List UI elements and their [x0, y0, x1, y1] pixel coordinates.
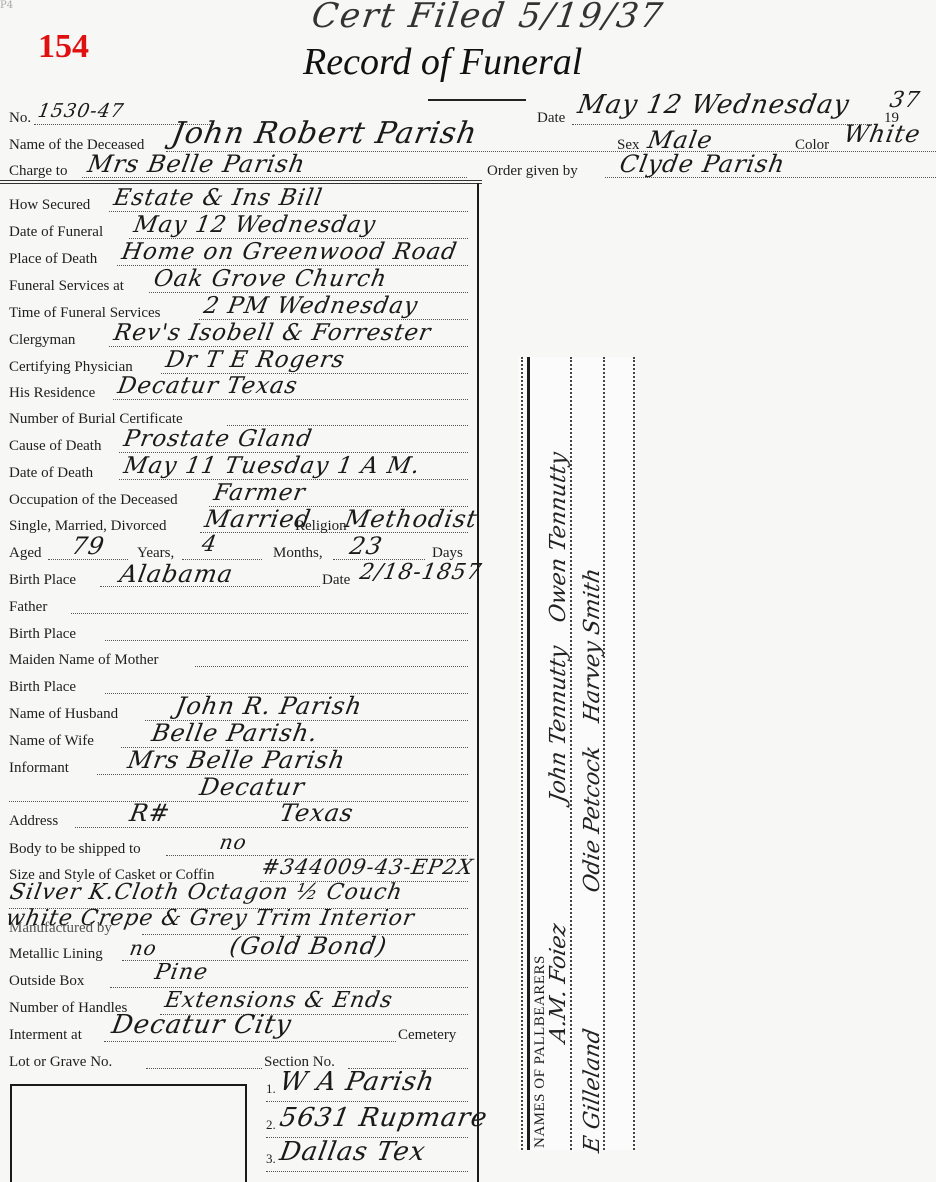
corner-mark: P4	[0, 0, 13, 11]
form-right-border	[477, 183, 479, 1182]
color-value[interactable]: White	[842, 120, 924, 148]
pallbearer-name[interactable]: A.M. Foiez	[546, 922, 571, 1045]
aged-months[interactable]: 4	[200, 532, 219, 557]
date-of-funeral-value[interactable]: May 12 Wednesday	[132, 212, 378, 238]
name-of-husband-4-value[interactable]: John R. Parish	[174, 692, 365, 720]
header-rule	[0, 180, 482, 184]
page-title: Record of Funeral	[303, 40, 582, 84]
address-8-label: Address	[9, 813, 58, 830]
date-line	[572, 124, 872, 125]
casket-desc-1[interactable]: Silver K.Cloth Octagon ½ Couch	[8, 880, 405, 905]
outside-box-value[interactable]: Pine	[153, 960, 210, 985]
birth-place-3-label: Birth Place	[9, 679, 76, 696]
date-value[interactable]: May 12 Wednesday	[575, 90, 852, 120]
color-label: Color	[795, 137, 829, 154]
order-given-label: Order given by	[487, 163, 578, 180]
lot-line	[146, 1068, 262, 1069]
name-of-wife-5-value[interactable]: Belle Parish.	[150, 719, 321, 747]
cause-of-death-value[interactable]: Prostate Gland	[122, 426, 315, 452]
charge-to-value[interactable]: Mrs Belle Parish	[86, 150, 308, 178]
funeral-services-at-value[interactable]: Oak Grove Church	[152, 266, 389, 292]
interment-line	[104, 1041, 396, 1042]
cemetery-label: Cemetery	[398, 1027, 456, 1044]
his-residence-line	[113, 399, 468, 400]
handles-label: Number of Handles	[9, 1000, 127, 1017]
date-of-funeral-label: Date of Funeral	[9, 224, 103, 241]
informant-address-7-line	[9, 801, 468, 802]
shipped-label: Body to be shipped to	[9, 841, 141, 858]
birth-place-value[interactable]: Alabama	[118, 560, 236, 588]
pallbearer-name[interactable]: E Gilleland	[580, 1027, 605, 1155]
religion-label: Religion	[295, 518, 347, 535]
birth-date-label: Date	[322, 572, 350, 589]
interment-label: Interment at	[9, 1027, 82, 1044]
empty-box	[10, 1084, 247, 1182]
address-line-num: 1.	[266, 1081, 276, 1097]
lot-label: Lot or Grave No.	[9, 1054, 112, 1071]
informant-6-value[interactable]: Mrs Belle Parish	[126, 746, 348, 774]
address-line-rule	[266, 1171, 468, 1172]
aged-years[interactable]: 79	[70, 532, 107, 560]
aged-label: Aged	[9, 545, 42, 562]
funeral-services-at-label: Funeral Services at	[9, 278, 124, 295]
address-line-value[interactable]: Dallas Tex	[277, 1137, 428, 1167]
casket-value[interactable]: #344009-43-EP2X	[260, 855, 476, 879]
clergyman-value[interactable]: Rev's Isobell & Forrester	[112, 320, 434, 346]
clergyman-label: Clergyman	[9, 332, 75, 349]
occupation-of-the-deceased-value[interactable]: Farmer	[212, 480, 308, 506]
metallic-label: Metallic Lining	[9, 946, 103, 963]
filed-note: Cert Filed 5/19/37	[309, 0, 667, 36]
address-8-value[interactable]: R#	[128, 799, 173, 827]
date-label: Date	[537, 110, 565, 127]
father-0-line	[71, 613, 468, 614]
order-given-value[interactable]: Clyde Parish	[618, 150, 788, 178]
metallic-note[interactable]: (Gold Bond)	[228, 932, 390, 960]
no-label: No.	[9, 110, 31, 127]
months-label: Months,	[273, 545, 323, 562]
certifying-physician-value[interactable]: Dr T E Rogers	[164, 347, 347, 373]
informant-6-label: Informant	[9, 760, 69, 777]
place-of-death-value[interactable]: Home on Greenwood Road	[120, 239, 460, 265]
religion-value[interactable]: Methodist	[343, 505, 480, 533]
address-line-rule	[266, 1101, 468, 1102]
outside-box-label: Outside Box	[9, 973, 84, 990]
place-of-death-label: Place of Death	[9, 251, 97, 268]
maiden-name-of-mother-2-line	[195, 666, 468, 667]
address-line-value[interactable]: 5631 Rupmare	[277, 1103, 490, 1133]
address-line-num: 2.	[266, 1117, 276, 1133]
page-number: 154	[38, 28, 89, 66]
date-of-death-label: Date of Death	[9, 465, 93, 482]
informant-address-7-value[interactable]: Decatur	[198, 773, 308, 801]
year-value[interactable]: 37	[888, 88, 922, 113]
date-of-death-value[interactable]: May 11 Tuesday 1 A M.	[122, 453, 423, 479]
pallbearer-name[interactable]: Harvey Smith	[580, 566, 605, 724]
pallbearer-name[interactable]: John Tennutty	[546, 644, 571, 804]
interment-value[interactable]: Decatur City	[109, 1010, 294, 1040]
address-8-value2[interactable]: Texas	[278, 799, 356, 827]
how-secured-value[interactable]: Estate & Ins Bill	[112, 185, 325, 211]
address-line-value[interactable]: W A Parish	[277, 1067, 437, 1097]
maiden-name-of-mother-2-label: Maiden Name of Mother	[9, 652, 159, 669]
pallbearer-name[interactable]: Odie Petcock	[580, 744, 605, 894]
no-value[interactable]: 1530-47	[36, 100, 126, 122]
charge-to-label: Charge to	[9, 163, 67, 180]
metallic-value[interactable]: no	[128, 936, 159, 960]
birth-date-value[interactable]: 2/18-1857	[358, 560, 484, 585]
cause-of-death-label: Cause of Death	[9, 438, 101, 455]
pallbearer-name[interactable]: Owen Tennutty	[546, 450, 571, 624]
address-line-num: 3.	[266, 1151, 276, 1167]
title-rule	[428, 99, 526, 101]
how-secured-label: How Secured	[9, 197, 90, 214]
certifying-physician-label: Certifying Physician	[9, 359, 133, 376]
father-0-label: Father	[9, 599, 47, 616]
name-of-wife-5-label: Name of Wife	[9, 733, 94, 750]
birth-place-1-line	[105, 640, 468, 641]
aged-days[interactable]: 23	[348, 532, 385, 560]
time-of-funeral-services-value[interactable]: 2 PM Wednesday	[202, 293, 421, 319]
address-8-line	[75, 827, 468, 828]
casket-desc-2[interactable]: white Crepe & Grey Trim Interior	[4, 906, 417, 931]
his-residence-value[interactable]: Decatur Texas	[116, 373, 300, 399]
deceased-value[interactable]: John Robert Parish	[169, 116, 480, 151]
occupation-of-the-deceased-label: Occupation of the Deceased	[9, 492, 178, 509]
his-residence-label: His Residence	[9, 385, 95, 402]
birth-place-1-label: Birth Place	[9, 626, 76, 643]
birth-place-label: Birth Place	[9, 572, 76, 589]
shipped-value[interactable]: no	[218, 830, 249, 854]
name-of-husband-4-label: Name of Husband	[9, 706, 118, 723]
